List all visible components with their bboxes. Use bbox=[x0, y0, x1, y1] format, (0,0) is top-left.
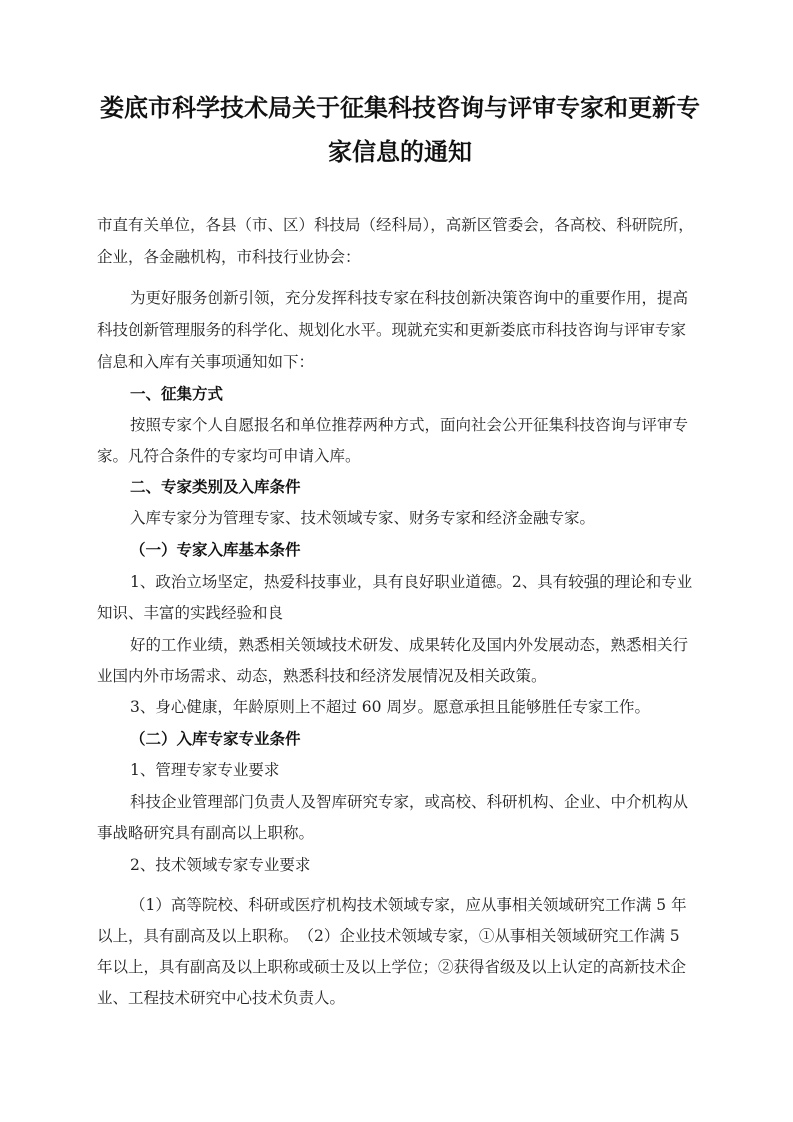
section-heading: 一、征集方式 bbox=[130, 379, 710, 409]
paragraph-line: 2、技术领域专家专业要求 bbox=[130, 850, 710, 880]
paragraph-line: 科技企业管理部门负责人及智库研究专家，或高校、科研机构、企业、中介机构从 bbox=[130, 787, 710, 817]
section-heading: 二、专家类别及入库条件 bbox=[130, 472, 710, 502]
document-title: 娄底市科学技术局关于征集科技咨询与评审专家和更新专 家信息的通知 bbox=[90, 86, 710, 174]
paragraph-line: 按照专家个人自愿报名和单位推荐两种方式，面向社会公开征集科技咨询与评审专 bbox=[130, 410, 710, 440]
paragraph-line: 知识、丰富的实践经验和良 bbox=[97, 598, 709, 628]
title-line-2: 家信息的通知 bbox=[90, 130, 710, 174]
paragraph-line: 好的工作业绩，熟悉相关领域技术研发、成果转化及国内外发展动态，熟悉相关行 bbox=[130, 630, 710, 660]
paragraph-line: 以上，具有副高及以上职称。 （2）企业技术领域专家，①从事相关领域研究工作满 5 bbox=[97, 921, 709, 951]
paragraph-line: 年以上，具有副高及以上职称或硕士及以上学位；②获得省级及以上认定的高新技术企 bbox=[97, 952, 709, 982]
paragraph-line: 事战略研究具有副高以上职称。 bbox=[97, 818, 709, 848]
paragraph-line: 1、管理专家专业要求 bbox=[130, 755, 710, 785]
paragraph-line: 业国内外市场需求、动态，熟悉科技和经济发展情况及相关政策。 bbox=[97, 661, 709, 691]
paragraph-line: 信息和入库有关事项通知如下： bbox=[97, 347, 709, 377]
paragraph-line: 企业，各金融机构，市科技行业协会： bbox=[97, 242, 709, 272]
paragraph-line: 家。凡符合条件的专家均可申请入库。 bbox=[97, 441, 709, 471]
paragraph-line: 市直有关单位，各县（市、区）科技局（经科局），高新区管委会，各高校、科研院所， bbox=[97, 210, 709, 240]
title-line-1: 娄底市科学技术局关于征集科技咨询与评审专家和更新专 bbox=[90, 86, 710, 130]
section-heading: （二）入库专家专业条件 bbox=[130, 724, 710, 754]
paragraph-line: 为更好服务创新引领，充分发挥科技专家在科技创新决策咨询中的重要作用，提高 bbox=[130, 283, 710, 313]
section-heading: （一）专家入库基本条件 bbox=[130, 535, 710, 565]
paragraph-line: 1、政治立场坚定，热爱科技事业，具有良好职业道德。2、具有较强的理论和专业 bbox=[130, 567, 710, 597]
paragraph-line: 3、身心健康，年龄原则上不超过 60 周岁。愿意承担且能够胜任专家工作。 bbox=[130, 692, 710, 722]
paragraph-line: 入库专家分为管理专家、技术领域专家、财务专家和经济金融专家。 bbox=[130, 503, 710, 533]
paragraph-line: （1）高等院校、科研或医疗机构技术领域专家，应从事相关领域研究工作满 5 年 bbox=[130, 890, 710, 920]
paragraph-line: 科技创新管理服务的科学化、规划化水平。现就充实和更新娄底市科技咨询与评审专家 bbox=[97, 315, 709, 345]
paragraph-line: 业、工程技术研究中心技术负责人。 bbox=[97, 983, 709, 1013]
